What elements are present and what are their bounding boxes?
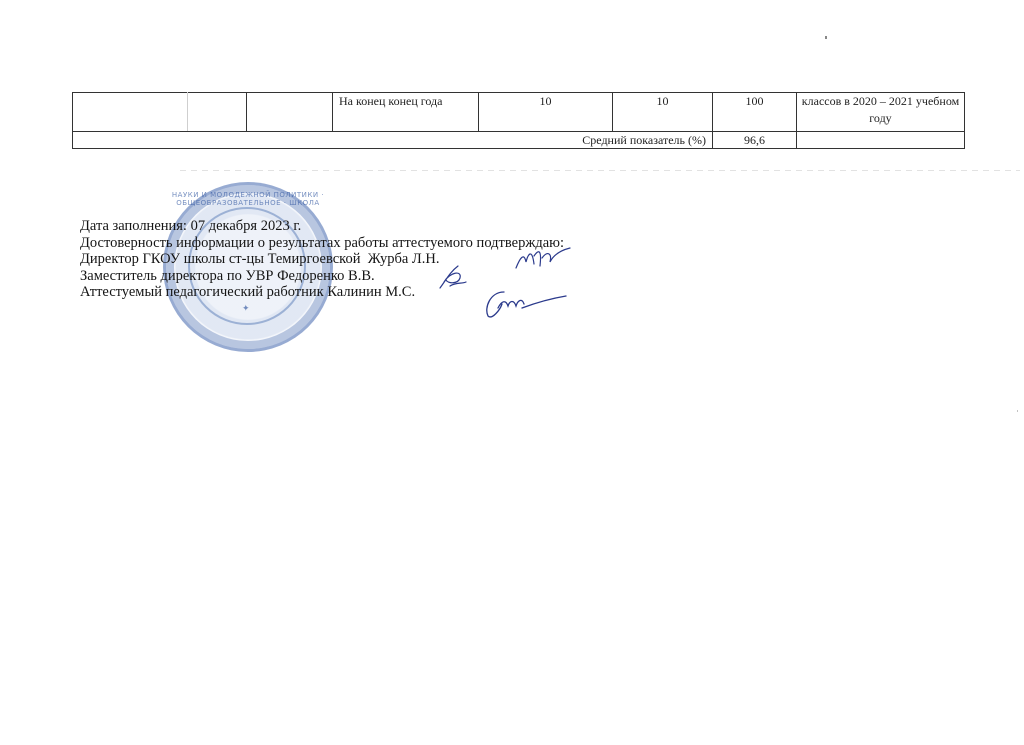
- stamp-star-icon: ✦: [242, 303, 250, 314]
- director-signatory: Директор ГКОУ школы ст-цы Темиргоевской …: [80, 251, 564, 268]
- results-table: На конец конец года 10 10 100 классов в …: [72, 92, 965, 149]
- deputy-director-signatory: Заместитель директора по УВР Федоренко В…: [80, 268, 564, 285]
- summary-row: Средний показатель (%) 96,6: [73, 132, 965, 149]
- attestee-signature-icon: [482, 286, 568, 322]
- summary-value: 96,6: [713, 132, 797, 149]
- count-cell: 10: [479, 93, 613, 132]
- summary-label: Средний показатель (%): [73, 132, 713, 149]
- period-cell: На конец конец года: [333, 93, 479, 132]
- note-cell: классов в 2020 – 2021 учебном году: [797, 93, 965, 132]
- table-row: На конец конец года 10 10 100 классов в …: [73, 93, 965, 132]
- deputy-signature-icon: [436, 262, 470, 292]
- scan-noise-streak: [180, 170, 1020, 171]
- scan-speck: [825, 36, 827, 39]
- percent-cell: 100: [713, 93, 797, 132]
- count-cell: 10: [613, 93, 713, 132]
- confirmation-statement: Достоверность информации о результатах р…: [80, 235, 564, 252]
- fill-date: Дата заполнения: 07 декабря 2023 г.: [80, 218, 564, 235]
- table-cell: [247, 93, 333, 132]
- summary-note: [797, 132, 965, 149]
- scan-speck: [1017, 410, 1018, 412]
- table-cell: [188, 93, 247, 132]
- director-signature-icon: [512, 244, 574, 274]
- scanned-document-page: На конец конец года 10 10 100 классов в …: [0, 0, 1024, 745]
- stamp-ring-text: НАУКИ И МОЛОДЕЖНОЙ ПОЛИТИКИ · ОБЩЕОБРАЗО…: [166, 191, 330, 207]
- table-cell: [73, 93, 188, 132]
